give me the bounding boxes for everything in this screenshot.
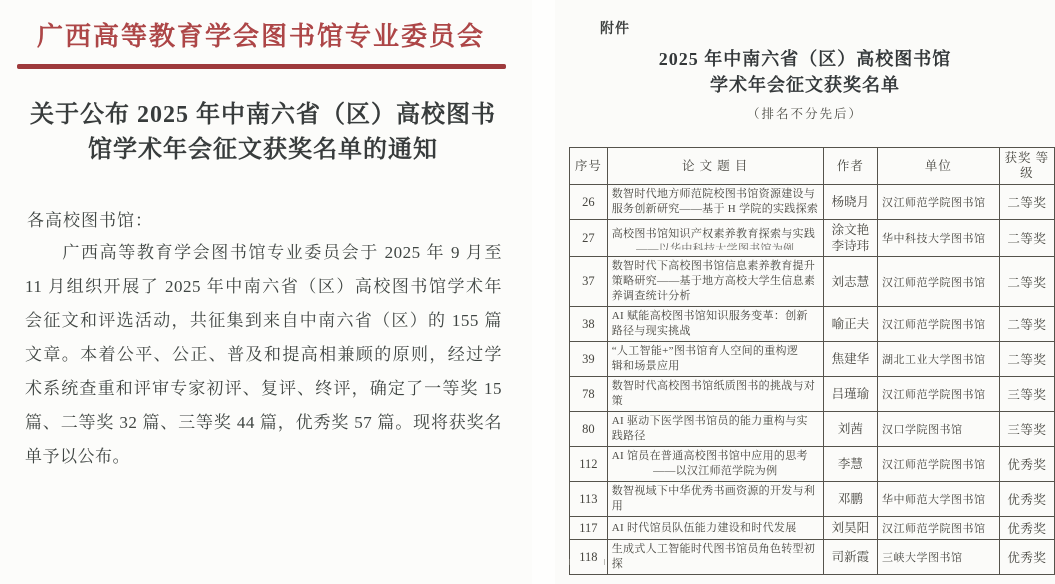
author-name: 李慧 xyxy=(823,447,877,482)
document-canvas: 广西高等教育学会图书馆专业委员会 关于公布 2025 年中南六省（区）高校图书 … xyxy=(0,0,1055,584)
paper-title: 数智时代地方师范院校图书馆资源建设与服务创新研究——基于 H 学院的实践探索 xyxy=(607,185,823,220)
award-level: 二等奖 xyxy=(999,185,1054,220)
author-name: 喻正夫 xyxy=(823,307,877,342)
notice-body-line: 文章。本着公平、公正、普及和提高相兼顾的原则，经过学 xyxy=(25,338,502,372)
paper-title-line: 策略研究——基于地方高校大学生信息素 xyxy=(612,274,819,289)
unit-name: 汉江师范学院图书馆 xyxy=(877,447,999,482)
paper-title-line: 养调查统计分析 xyxy=(612,289,819,304)
paper-title-line: 探 xyxy=(612,557,819,572)
paper-title: 数智时代高校图书馆纸质图书的挑战与对策 xyxy=(607,377,823,412)
table-row: 39“人工智能+”图书馆育人空间的重构逻辑和场景应用焦建华湖北工业大学图书馆二等… xyxy=(570,342,1055,377)
attachment-title-line-2: 学术年会征文获奖名单 xyxy=(555,72,1055,98)
col-header-title: 论 文 题 目 xyxy=(607,148,823,185)
award-level: 二等奖 xyxy=(999,307,1054,342)
table-row: 113数智视域下中华优秀书画资源的开发与利用邓鹏华中师范大学图书馆优秀奖 xyxy=(570,482,1055,517)
author-name: 刘昊阳 xyxy=(823,517,877,540)
unit-name: 三峡大学图书馆 xyxy=(877,540,999,575)
table-row: 118生成式人工智能时代图书馆员角色转型初探司新霞三峡大学图书馆优秀奖 xyxy=(570,540,1055,575)
paper-title-line: 数智时代下高校图书馆信息素养教育提升 xyxy=(612,259,819,274)
row-number: 78 xyxy=(570,377,608,412)
paper-title: AI 馆员在普通高校图书馆中应用的思考——以汉江师范学院为例 xyxy=(607,447,823,482)
awards-table-body: 26数智时代地方师范院校图书馆资源建设与服务创新研究——基于 H 学院的实践探索… xyxy=(570,185,1055,575)
attachment-title: 2025 年中南六省（区）高校图书馆 学术年会征文获奖名单 xyxy=(555,46,1055,98)
notice-body-line: 广西高等教育学会图书馆专业委员会于 2025 年 9 月至 xyxy=(25,236,502,270)
award-level: 三等奖 xyxy=(999,377,1054,412)
paper-title-line: ——以汉江师范学院为例 xyxy=(612,464,819,479)
row-number: 80 xyxy=(570,412,608,447)
row-number: 113 xyxy=(570,482,608,517)
unit-name: 湖北工业大学图书馆 xyxy=(877,342,999,377)
paper-title-line: ——以华中科技大学图书馆为例 xyxy=(612,242,819,250)
unit-name: 汉江师范学院图书馆 xyxy=(877,257,999,307)
red-divider xyxy=(17,64,506,69)
paper-title-line: 策 xyxy=(612,394,819,409)
table-cutoff-artifact xyxy=(569,559,605,565)
author-name: 涂文艳 李诗玮 xyxy=(823,220,877,257)
table-row: 80AI 驱动下医学图书馆员的能力重构与实践路径刘茜汉口学院图书馆三等奖 xyxy=(570,412,1055,447)
col-header-no: 序号 xyxy=(570,148,608,185)
paper-title-line: AI 时代馆员队伍能力建设和时代发展 xyxy=(612,521,819,536)
unit-name: 汉江师范学院图书馆 xyxy=(877,307,999,342)
attachment-title-line-1: 2025 年中南六省（区）高校图书馆 xyxy=(555,46,1055,72)
row-number: 117 xyxy=(570,517,608,540)
award-level: 优秀奖 xyxy=(999,447,1054,482)
notice-body-line: 单予以公布。 xyxy=(25,440,502,474)
attachment-label: 附件 xyxy=(600,18,630,38)
paper-title-line: 辑和场景应用 xyxy=(612,359,819,374)
paper-title: AI 驱动下医学图书馆员的能力重构与实践路径 xyxy=(607,412,823,447)
paper-title: AI 赋能高校图书馆知识服务变革：创新路径与现实挑战 xyxy=(607,307,823,342)
header-row: 序号 论 文 题 目 作者 单位 获奖 等级 xyxy=(570,148,1055,185)
paper-title-line: 数智时代地方师范院校图书馆资源建设与 xyxy=(612,187,819,202)
paper-title: 数智视域下中华优秀书画资源的开发与利用 xyxy=(607,482,823,517)
table-row: 112AI 馆员在普通高校图书馆中应用的思考——以汉江师范学院为例李慧汉江师范学… xyxy=(570,447,1055,482)
paper-title: 生成式人工智能时代图书馆员角色转型初探 xyxy=(607,540,823,575)
row-number: 37 xyxy=(570,257,608,307)
paper-title-line: 用 xyxy=(612,499,819,514)
author-name: 邓鹏 xyxy=(823,482,877,517)
col-header-award: 获奖 等级 xyxy=(999,148,1054,185)
author-name: 吕瑾瑜 xyxy=(823,377,877,412)
paper-title-line: 践路径 xyxy=(612,429,819,444)
award-level: 三等奖 xyxy=(999,412,1054,447)
unit-name: 华中师范大学图书馆 xyxy=(877,482,999,517)
award-level: 二等奖 xyxy=(999,257,1054,307)
unit-name: 华中科技大学图书馆 xyxy=(877,220,999,257)
row-number: 39 xyxy=(570,342,608,377)
author-name: 刘志慧 xyxy=(823,257,877,307)
table-row: 37数智时代下高校图书馆信息素养教育提升策略研究——基于地方高校大学生信息素养调… xyxy=(570,257,1055,307)
attachment-page: 附件 2025 年中南六省（区）高校图书馆 学术年会征文获奖名单 （排名不分先后… xyxy=(555,0,1055,584)
row-number: 38 xyxy=(570,307,608,342)
unit-name: 汉江师范学院图书馆 xyxy=(877,517,999,540)
award-level: 二等奖 xyxy=(999,342,1054,377)
paper-title: 数智时代下高校图书馆信息素养教育提升策略研究——基于地方高校大学生信息素养调查统… xyxy=(607,257,823,307)
row-number: 27 xyxy=(570,220,608,257)
row-number: 26 xyxy=(570,185,608,220)
row-number: 112 xyxy=(570,447,608,482)
awards-table: 序号 论 文 题 目 作者 单位 获奖 等级 26数智时代地方师范院校图书馆资源… xyxy=(569,147,1055,575)
author-name: 司新霞 xyxy=(823,540,877,575)
award-level: 二等奖 xyxy=(999,220,1054,257)
author-name: 杨晓月 xyxy=(823,185,877,220)
col-header-author: 作者 xyxy=(823,148,877,185)
award-level: 优秀奖 xyxy=(999,517,1054,540)
notice-body-line: 术系统查重和评审专家初评、复评、终评，确定了一等奖 15 xyxy=(25,372,502,406)
paper-title-line: AI 馆员在普通高校图书馆中应用的思考 xyxy=(612,449,819,464)
unit-name: 汉口学院图书馆 xyxy=(877,412,999,447)
paper-title-line: AI 驱动下医学图书馆员的能力重构与实 xyxy=(612,414,819,429)
author-name: 刘茜 xyxy=(823,412,877,447)
notice-body: 广西高等教育学会图书馆专业委员会于 2025 年 9 月至11 月组织开展了 2… xyxy=(25,236,502,474)
awards-table-header: 序号 论 文 题 目 作者 单位 获奖 等级 xyxy=(570,148,1055,185)
paper-title: “人工智能+”图书馆育人空间的重构逻辑和场景应用 xyxy=(607,342,823,377)
notice-body-line: 会征文和评选活动，共征集到来自中南六省（区）的 155 篇 xyxy=(25,304,502,338)
table-row: 27高校图书馆知识产权素养教育探索与实践——以华中科技大学图书馆为例涂文艳 李诗… xyxy=(570,220,1055,257)
award-level: 优秀奖 xyxy=(999,540,1054,575)
salutation: 各高校图书馆： xyxy=(27,206,153,231)
paper-title-line: 高校图书馆知识产权素养教育探索与实践 xyxy=(612,227,819,242)
unit-name: 汉江师范学院图书馆 xyxy=(877,185,999,220)
notice-body-line: 篇、二等奖 32 篇、三等奖 44 篇，优秀奖 57 篇。现将获奖名 xyxy=(25,406,502,440)
notice-title-line-2: 馆学术年会征文获奖名单的通知 xyxy=(8,133,518,168)
notice-page: 广西高等教育学会图书馆专业委员会 关于公布 2025 年中南六省（区）高校图书 … xyxy=(0,0,532,584)
paper-title-line: 数智时代高校图书馆纸质图书的挑战与对 xyxy=(612,379,819,394)
org-name-header: 广西高等教育学会图书馆专业委员会 xyxy=(10,16,512,53)
paper-title: 高校图书馆知识产权素养教育探索与实践——以华中科技大学图书馆为例 xyxy=(607,220,823,257)
paper-title-line: 服务创新研究——基于 H 学院的实践探索 xyxy=(612,202,819,217)
paper-title-line: 数智视域下中华优秀书画资源的开发与利 xyxy=(612,484,819,499)
attachment-subtitle: （排名不分先后） xyxy=(555,104,1055,122)
table-row: 26数智时代地方师范院校图书馆资源建设与服务创新研究——基于 H 学院的实践探索… xyxy=(570,185,1055,220)
paper-title-line: “人工智能+”图书馆育人空间的重构逻 xyxy=(612,344,819,359)
notice-title-line-1: 关于公布 2025 年中南六省（区）高校图书 xyxy=(8,98,518,133)
table-row: 78数智时代高校图书馆纸质图书的挑战与对策吕瑾瑜汉江师范学院图书馆三等奖 xyxy=(570,377,1055,412)
table-row: 38AI 赋能高校图书馆知识服务变革：创新路径与现实挑战喻正夫汉江师范学院图书馆… xyxy=(570,307,1055,342)
award-level: 优秀奖 xyxy=(999,482,1054,517)
paper-title-line: 路径与现实挑战 xyxy=(612,324,819,339)
paper-title-line: AI 赋能高校图书馆知识服务变革：创新 xyxy=(612,309,819,324)
paper-title-line: 生成式人工智能时代图书馆员角色转型初 xyxy=(612,542,819,557)
paper-title: AI 时代馆员队伍能力建设和时代发展 xyxy=(607,517,823,540)
col-header-unit: 单位 xyxy=(877,148,999,185)
notice-body-line: 11 月组织开展了 2025 年中南六省（区）高校图书馆学术年 xyxy=(25,270,502,304)
row-number: 118 xyxy=(570,540,608,575)
unit-name: 汉江师范学院图书馆 xyxy=(877,377,999,412)
author-name: 焦建华 xyxy=(823,342,877,377)
table-row: 117AI 时代馆员队伍能力建设和时代发展刘昊阳汉江师范学院图书馆优秀奖 xyxy=(570,517,1055,540)
notice-title: 关于公布 2025 年中南六省（区）高校图书 馆学术年会征文获奖名单的通知 xyxy=(8,98,518,168)
